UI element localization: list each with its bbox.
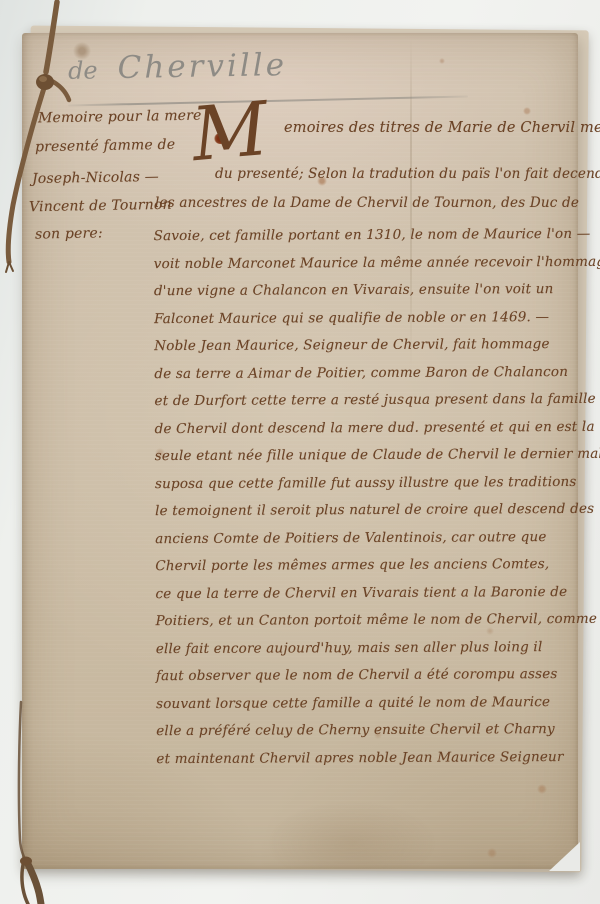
manuscript-header-line: les ancestres de la Dame de Chervil de T… xyxy=(155,195,579,211)
margin-note-line: Vincent de Tournon xyxy=(29,197,172,215)
text-line: suposa que cette famille fut aussy illus… xyxy=(155,468,591,498)
text-line: elle a préféré celuy de Cherny ensuite C… xyxy=(156,716,592,746)
manuscript-title-line: emoires des titres de Marie de Chervil m… xyxy=(284,120,600,136)
margin-note-line: Memoire pour la mere xyxy=(38,108,202,127)
text-line: d'une vigne a Chalancon en Vivarais, ens… xyxy=(154,276,590,306)
text-line: de Chervil dont descend la mere dud. pre… xyxy=(155,413,591,443)
manuscript-page: deCherville Memoire pour la mere present… xyxy=(22,33,578,869)
pencil-annotation-name: Cherville xyxy=(117,47,287,86)
text-line: elle fait encore aujourd'huy, mais sen a… xyxy=(156,633,592,663)
text-line: Falconet Maurice qui se qualifie de nobl… xyxy=(154,303,590,333)
pencil-annotation: deCherville xyxy=(68,47,288,87)
text-line: Poitiers, et un Canton portoit même le n… xyxy=(156,606,592,636)
manuscript-body: Savoie, cet famille portant en 1310, le … xyxy=(154,221,593,773)
photograph-background: deCherville Memoire pour la mere present… xyxy=(0,0,600,904)
pencil-annotation-prefix: de xyxy=(68,56,98,85)
text-line: le temoignent il seroit plus naturel de … xyxy=(155,496,591,526)
text-line: et de Durfort cette terre a resté jusqua… xyxy=(154,386,590,416)
text-line: Noble Jean Maurice, Seigneur de Chervil,… xyxy=(154,331,590,361)
manuscript-header-line: du presenté; Selon la tradution du païs … xyxy=(215,166,600,182)
text-line: et maintenant Chervil apres noble Jean M… xyxy=(156,743,592,773)
margin-note-line: son pere: xyxy=(35,225,103,242)
text-line: anciens Comte de Poitiers de Valentinois… xyxy=(155,523,591,553)
margin-note-line: Joseph-Nicolas — xyxy=(32,169,159,187)
drop-cap-initial: M xyxy=(189,92,271,172)
text-line: ce que la terre de Chervil en Vivarais t… xyxy=(155,578,591,608)
text-line: faut observer que le nom de Chervil a ét… xyxy=(156,661,592,691)
text-line: souvant lorsque cette famille a quité le… xyxy=(156,688,592,718)
text-line: de sa terre a Aimar de Poitier, comme Ba… xyxy=(154,358,590,388)
text-line: Chervil porte les mêmes armes que les an… xyxy=(155,551,591,581)
margin-note-line: presenté famme de xyxy=(35,137,176,155)
text-line: Savoie, cet famille portant en 1310, le … xyxy=(154,221,590,251)
text-line: voit noble Marconet Maurice la même anné… xyxy=(154,248,590,278)
text-line: seule etant née fille unique de Claude d… xyxy=(155,441,591,471)
